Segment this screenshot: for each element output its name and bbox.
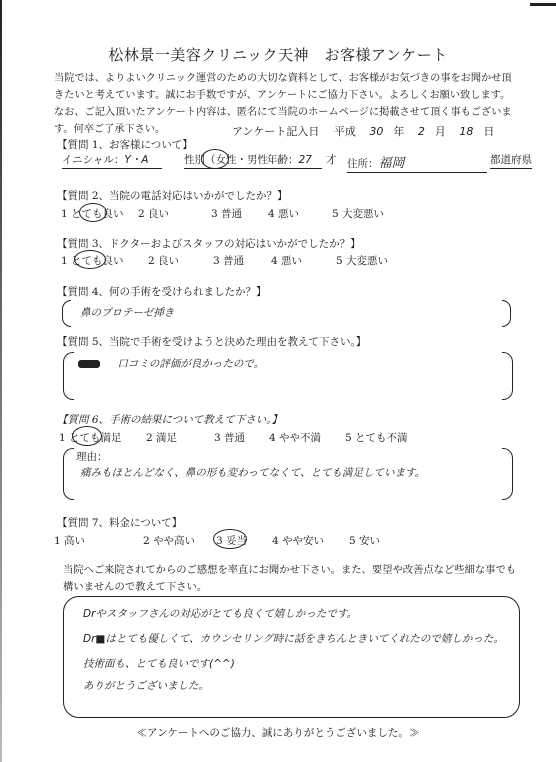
q6-reason-label: 理由： [76,449,108,464]
date-day: 18 [459,125,473,138]
date-month: 2 [418,125,425,138]
q6-bracket-right [502,448,513,500]
q5-answer: 口コミの評価が良かったので。 [117,358,264,370]
q4-heading: 【質問 4、何の手術を受けられましたか？】 [57,284,267,299]
survey-date: アンケート記入日 平成 30年 2月 18日 [232,123,494,139]
initial-field[interactable]: イニシャル：Y・A [62,152,162,169]
footer-thanks: ≪アンケートへのご協力、誠にありがとうございました。≫ [0,725,556,740]
q6-heading: 【質問 6、手術の結果について教えて下さい。】 [57,412,282,427]
q2-option-3[interactable]: 3 普通 [211,206,242,221]
q7-option-4[interactable]: 4 やや安い [272,533,324,548]
q6-option-2[interactable]: 2 満足 [146,430,177,445]
q3-option-2[interactable]: 2 良い [148,253,179,268]
q2-selected-circle [79,203,107,222]
redacted-mark [78,360,100,368]
q4-bracket-right [502,300,511,327]
address-field[interactable]: 住所：福岡 [347,152,487,173]
scan-edge-left [0,0,2,762]
date-month-unit: 月 [435,125,446,138]
q5-answer-line[interactable]: 口コミの評価が良かったので。 [78,356,264,371]
address-value: 福岡 [379,156,405,171]
q6-selected-circle [72,426,102,446]
date-day-unit: 日 [483,125,494,138]
date-year: 30 [369,125,383,138]
q5-bracket-right [502,352,513,400]
age-label: 年齢： [267,154,299,166]
q6-bracket-left [63,448,74,500]
initial-value: Y・A [124,154,148,166]
address-suffix: 都道府県 [490,152,532,169]
q3-selected-circle [74,250,106,269]
q5-heading: 【質問 5、当院で手術を受けようと決めた理由を教えて下さい。】 [57,334,366,349]
address-label: 住所： [347,158,379,170]
q7-option-2[interactable]: 2 やや高い [143,533,195,548]
q5-bracket-left [63,352,74,400]
q2-option-2[interactable]: 2 良い [138,206,169,221]
q3-heading: 【質問 3、ドクターおよびスタッフの対応はいかがでしたか？】 [57,236,361,251]
q4-answer[interactable]: 鼻のプロテーゼ挿き [80,305,174,320]
q2-heading: 【質問 2、当院の電話対応はいかがでしたか？】 [57,188,288,203]
q7-option-5[interactable]: 5 安い [349,533,380,548]
q6-option-3[interactable]: 3 普通 [214,430,245,445]
q2-option-5[interactable]: 5 大変悪い [332,206,384,221]
gender-selected-circle [201,149,229,169]
q6-option-4[interactable]: 4 やや不満 [269,430,321,445]
q6-option-5[interactable]: 5 とても不満 [345,430,408,445]
comments-prompt: 当院へご来院されてからのご感想を率直にお聞かせ下さい。また、要望や改善点など些細… [63,562,523,596]
q3-option-4[interactable]: 4 悪い [271,253,302,268]
date-label: アンケート記入日 [232,125,319,138]
q3-option-3[interactable]: 3 普通 [213,253,244,268]
q7-heading: 【質問 7、料金について】 [57,515,182,530]
date-era: 平成 [334,125,356,138]
age-value: 27 [299,154,312,166]
q2-option-4[interactable]: 4 悪い [268,206,299,221]
page-title: 松林景一美容クリニック天神 お客様アンケート [0,44,556,65]
q6-reason[interactable]: 痛みもほとんどなく、鼻の形も変わってなくて、とても満足しています。 [80,465,425,480]
comment-line-1: Drやスタッフさんの対応がとても良くて嬉しかったです。 [83,606,357,621]
q3-option-5[interactable]: 5 大変悪い [336,253,388,268]
q1-heading: 【質問 1、お客様について】 [57,137,193,152]
comment-line-3: 技術面も、とても良いです(^^) [83,656,235,671]
comment-line-4: ありがとうございました。 [83,678,209,693]
q4-bracket-left [62,300,71,327]
age-unit: 才 [326,152,337,167]
initial-label: イニシャル： [62,154,124,166]
q7-option-1[interactable]: 1 高い [54,533,85,548]
date-year-unit: 年 [393,125,404,138]
scan-edge-top [530,3,556,6]
age-field[interactable]: 年齢：27 [267,152,322,169]
comment-line-2: Dr■はとても優しくて、カウンセリング時に話をきちんときいてくれたので嬉しかった… [83,631,504,646]
q1-fields: イニシャル：Y・A 性別（女性・男性 年齢：27 才 住所：福岡 都道府県 [62,152,542,172]
q7-selected-circle [213,529,247,549]
